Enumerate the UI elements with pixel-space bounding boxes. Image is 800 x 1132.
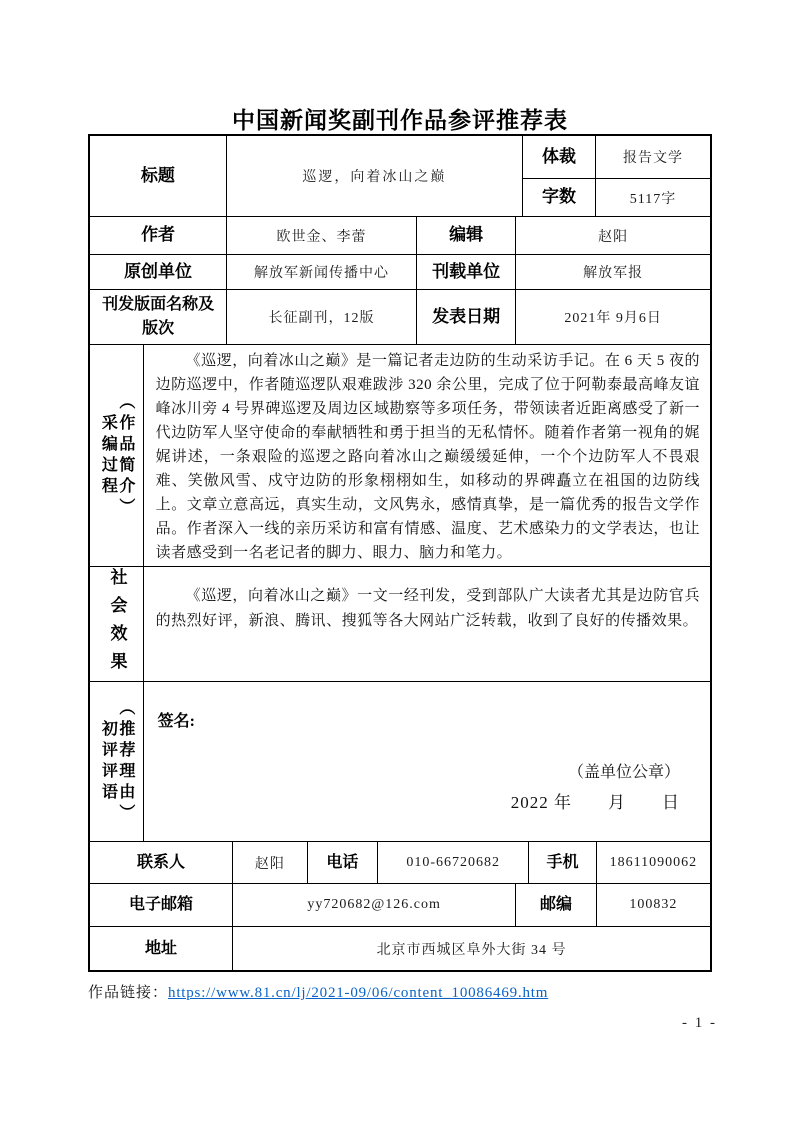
publish-date-value: 2021年 9月6日 [516, 290, 710, 345]
recommendation-form-table: 标题 巡逻，向着冰山之巅 体裁 报告文学 字数 5117字 作者 欧世金、李蕾 … [88, 134, 712, 972]
stamp-note: （盖单位公章） [511, 759, 680, 782]
social-effect-paragraph: 《巡逻，向着冰山之巅》一文一经刊发，受到部队广大读者尤其是边防官兵的热烈好评，新… [144, 567, 710, 634]
phone-label: 电话 [308, 842, 379, 884]
contact-person-value: 赵阳 [233, 842, 308, 884]
form-title: 中国新闻奖副刊作品参评推荐表 [0, 102, 800, 135]
document-page: 中国新闻奖副刊作品参评推荐表 标题 巡逻，向着冰山之巅 体裁 报告文学 字数 5… [0, 0, 800, 1132]
genre-words-subgrid: 体裁 报告文学 字数 5117字 [523, 136, 710, 217]
page-number: - 1 - [682, 1015, 717, 1032]
work-link-line: 作品链接：https://www.81.cn/lj/2021-09/06/con… [88, 981, 548, 1002]
address-label: 地址 [90, 927, 233, 970]
row-title: 标题 巡逻，向着冰山之巅 体裁 报告文学 字数 5117字 [90, 136, 710, 217]
work-intro-label: 采编过程 （作品简介） [90, 345, 144, 567]
phone-value: 010-66720682 [378, 842, 529, 884]
work-intro-content: 《巡逻，向着冰山之巅》是一篇记者走边防的生动采访手记。在 6 天 5 夜的边防巡… [144, 345, 710, 567]
editor-value: 赵阳 [516, 217, 710, 255]
word-count-label: 字数 [523, 179, 596, 217]
work-intro-label-right-column: （作品简介） [116, 393, 134, 519]
genre-label: 体裁 [523, 136, 596, 179]
work-intro-label-left-column: 采编过程 [99, 414, 117, 498]
address-value: 北京市西城区阜外大街 34 号 [233, 927, 710, 970]
social-effect-content: 《巡逻，向着冰山之巅》一文一经刊发，受到部队广大读者尤其是边防官兵的热烈好评，新… [144, 567, 710, 682]
mobile-label: 手机 [529, 842, 597, 884]
layout-name-label: 刊发版面名称及版次 [90, 290, 227, 345]
title-label: 标题 [90, 136, 227, 217]
carrier-unit-label: 刊载单位 [417, 255, 516, 290]
stamp-date-block: （盖单位公章） 2022 年 月 日 [511, 759, 680, 813]
row-author: 作者 欧世金、李蕾 编辑 赵阳 [90, 217, 710, 255]
layout-name-value: 长征副刊，12版 [227, 290, 417, 345]
row-address: 地址 北京市西城区阜外大街 34 号 [90, 927, 710, 970]
email-value: yy720682@126.com [233, 884, 516, 927]
author-value: 欧世金、李蕾 [227, 217, 417, 255]
origin-unit-value: 解放军新闻传播中心 [227, 255, 417, 290]
email-label: 电子邮箱 [90, 884, 233, 927]
review-label-left-column: 初评评语 [99, 720, 117, 804]
publish-date-label: 发表日期 [417, 290, 516, 345]
work-link-label: 作品链接： [88, 985, 168, 1001]
genre-value: 报告文学 [596, 136, 710, 179]
row-email: 电子邮箱 yy720682@126.com 邮编 100832 [90, 884, 710, 927]
carrier-unit-value: 解放军报 [516, 255, 710, 290]
review-signature-area: 签名: （盖单位公章） 2022 年 月 日 [144, 682, 710, 842]
word-count-value: 5117字 [596, 179, 710, 217]
row-origin-unit: 原创单位 解放军新闻传播中心 刊载单位 解放军报 [90, 255, 710, 290]
zip-label: 邮编 [516, 884, 597, 927]
review-comment-label: 初评评语 （推荐理由） [90, 682, 144, 842]
editor-label: 编辑 [417, 217, 516, 255]
row-layout-date: 刊发版面名称及版次 长征副刊，12版 发表日期 2021年 9月6日 [90, 290, 710, 345]
zip-value: 100832 [597, 884, 710, 927]
mobile-value: 18611090062 [597, 842, 710, 884]
signature-label: 签名: [158, 708, 680, 731]
work-link-url[interactable]: https://www.81.cn/lj/2021-09/06/content_… [168, 985, 548, 1001]
row-work-intro: 采编过程 （作品简介） 《巡逻，向着冰山之巅》是一篇记者走边防的生动采访手记。在… [90, 345, 710, 567]
row-social-effect: 社会效果 《巡逻，向着冰山之巅》一文一经刊发，受到部队广大读者尤其是边防官兵的热… [90, 567, 710, 682]
work-intro-paragraph: 《巡逻，向着冰山之巅》是一篇记者走边防的生动采访手记。在 6 天 5 夜的边防巡… [144, 345, 710, 565]
title-value: 巡逻，向着冰山之巅 [227, 136, 523, 217]
contact-person-label: 联系人 [90, 842, 233, 884]
row-review-comment: 初评评语 （推荐理由） 签名: （盖单位公章） 2022 年 月 日 [90, 682, 710, 842]
author-label: 作者 [90, 217, 227, 255]
origin-unit-label: 原创单位 [90, 255, 227, 290]
review-label-right-column: （推荐理由） [116, 699, 134, 825]
row-contact-person: 联系人 赵阳 电话 010-66720682 手机 18611090062 [90, 842, 710, 884]
date-blank-line: 2022 年 月 日 [511, 788, 680, 813]
social-effect-label: 社会效果 [90, 567, 144, 682]
